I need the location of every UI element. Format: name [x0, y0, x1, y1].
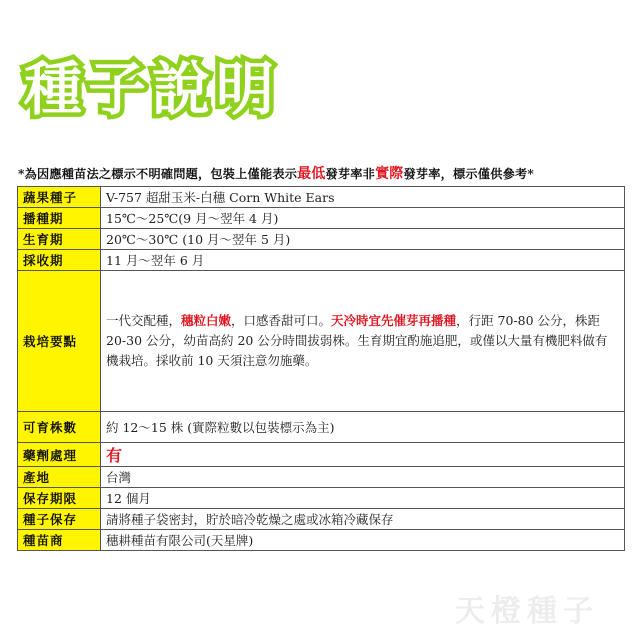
- text: ，口感香甜可口。: [231, 313, 331, 328]
- row-label: 採收期: [18, 250, 101, 271]
- row-value: 12 個月: [101, 488, 625, 509]
- row-value: 有: [101, 443, 625, 467]
- notice-suffix: 發芽率，標示僅供參考*: [403, 167, 533, 181]
- table-row-shelf-life: 保存期限 12 個月: [18, 488, 625, 509]
- brand-watermark: 天橙種子: [455, 586, 599, 630]
- row-label: 蔬果種子: [18, 187, 101, 208]
- row-label: 產地: [18, 467, 101, 488]
- table-row-treatment: 藥劑處理 有: [18, 443, 625, 467]
- notice-prefix: *為因應種苗法之標示不明確問題，包裝上僅能表示: [18, 167, 297, 181]
- row-label: 可育株數: [18, 412, 101, 443]
- table-row-sowing: 播種期 15℃～25℃(9 月～翌年 4 月): [18, 208, 625, 229]
- row-value: 15℃～25℃(9 月～翌年 4 月): [101, 208, 625, 229]
- germination-notice: *為因應種苗法之標示不明確問題，包裝上僅能表示最低發芽率非實際發芽率，標示僅供參…: [18, 163, 638, 183]
- table-row-storage: 種子保存 請將種子袋密封，貯於暗冷乾燥之處或冰箱冷藏保存: [18, 509, 625, 530]
- row-label: 生育期: [18, 229, 101, 250]
- row-label: 栽培要點: [18, 271, 101, 412]
- highlight-cold-tip: 天冷時宜先催芽再播種: [331, 313, 456, 328]
- table-row-origin: 產地 台灣: [18, 467, 625, 488]
- treatment-value: 有: [106, 446, 122, 465]
- row-value: 台灣: [101, 467, 625, 488]
- row-value: 20℃～30℃ (10 月～翌年 5 月): [101, 229, 625, 250]
- row-label: 保存期限: [18, 488, 101, 509]
- seed-spec-table: 蔬果種子 V-757 超甜玉米-白穗 Corn White Ears 播種期 1…: [17, 186, 625, 551]
- notice-highlight-lowest: 最低: [297, 166, 325, 182]
- row-value: V-757 超甜玉米-白穗 Corn White Ears: [101, 187, 625, 208]
- row-value: 請將種子袋密封，貯於暗冷乾燥之處或冰箱冷藏保存: [101, 509, 625, 530]
- table-row-variety: 蔬果種子 V-757 超甜玉米-白穗 Corn White Ears: [18, 187, 625, 208]
- table-row-cultivation: 栽培要點 一代交配種，穗粒白嫩，口感香甜可口。天冷時宜先催芽再播種，行距 70-…: [18, 271, 625, 412]
- row-value: 約 12～15 株 (實際粒數以包裝標示為主): [101, 412, 625, 443]
- table-row-supplier: 種苗商 穗耕種苗有限公司(天星牌): [18, 530, 625, 551]
- table-row-growing: 生育期 20℃～30℃ (10 月～翌年 5 月): [18, 229, 625, 250]
- highlight-white-kernels: 穗粒白嫩: [181, 313, 231, 328]
- text: 一代交配種，: [106, 313, 181, 328]
- row-label: 種苗商: [18, 530, 101, 551]
- row-label: 播種期: [18, 208, 101, 229]
- row-value: 11 月～翌年 6 月: [101, 250, 625, 271]
- notice-mid: 發芽率非: [326, 167, 376, 181]
- notice-highlight-actual: 實際: [375, 166, 403, 182]
- row-label: 藥劑處理: [18, 443, 101, 467]
- row-value: 穗耕種苗有限公司(天星牌): [101, 530, 625, 551]
- row-label: 種子保存: [18, 509, 101, 530]
- page-title: 種子說明: [24, 60, 280, 118]
- table-row-harvest: 採收期 11 月～翌年 6 月: [18, 250, 625, 271]
- row-value: 一代交配種，穗粒白嫩，口感香甜可口。天冷時宜先催芽再播種，行距 70-80 公分…: [101, 271, 625, 412]
- table-row-plant-count: 可育株數 約 12～15 株 (實際粒數以包裝標示為主): [18, 412, 625, 443]
